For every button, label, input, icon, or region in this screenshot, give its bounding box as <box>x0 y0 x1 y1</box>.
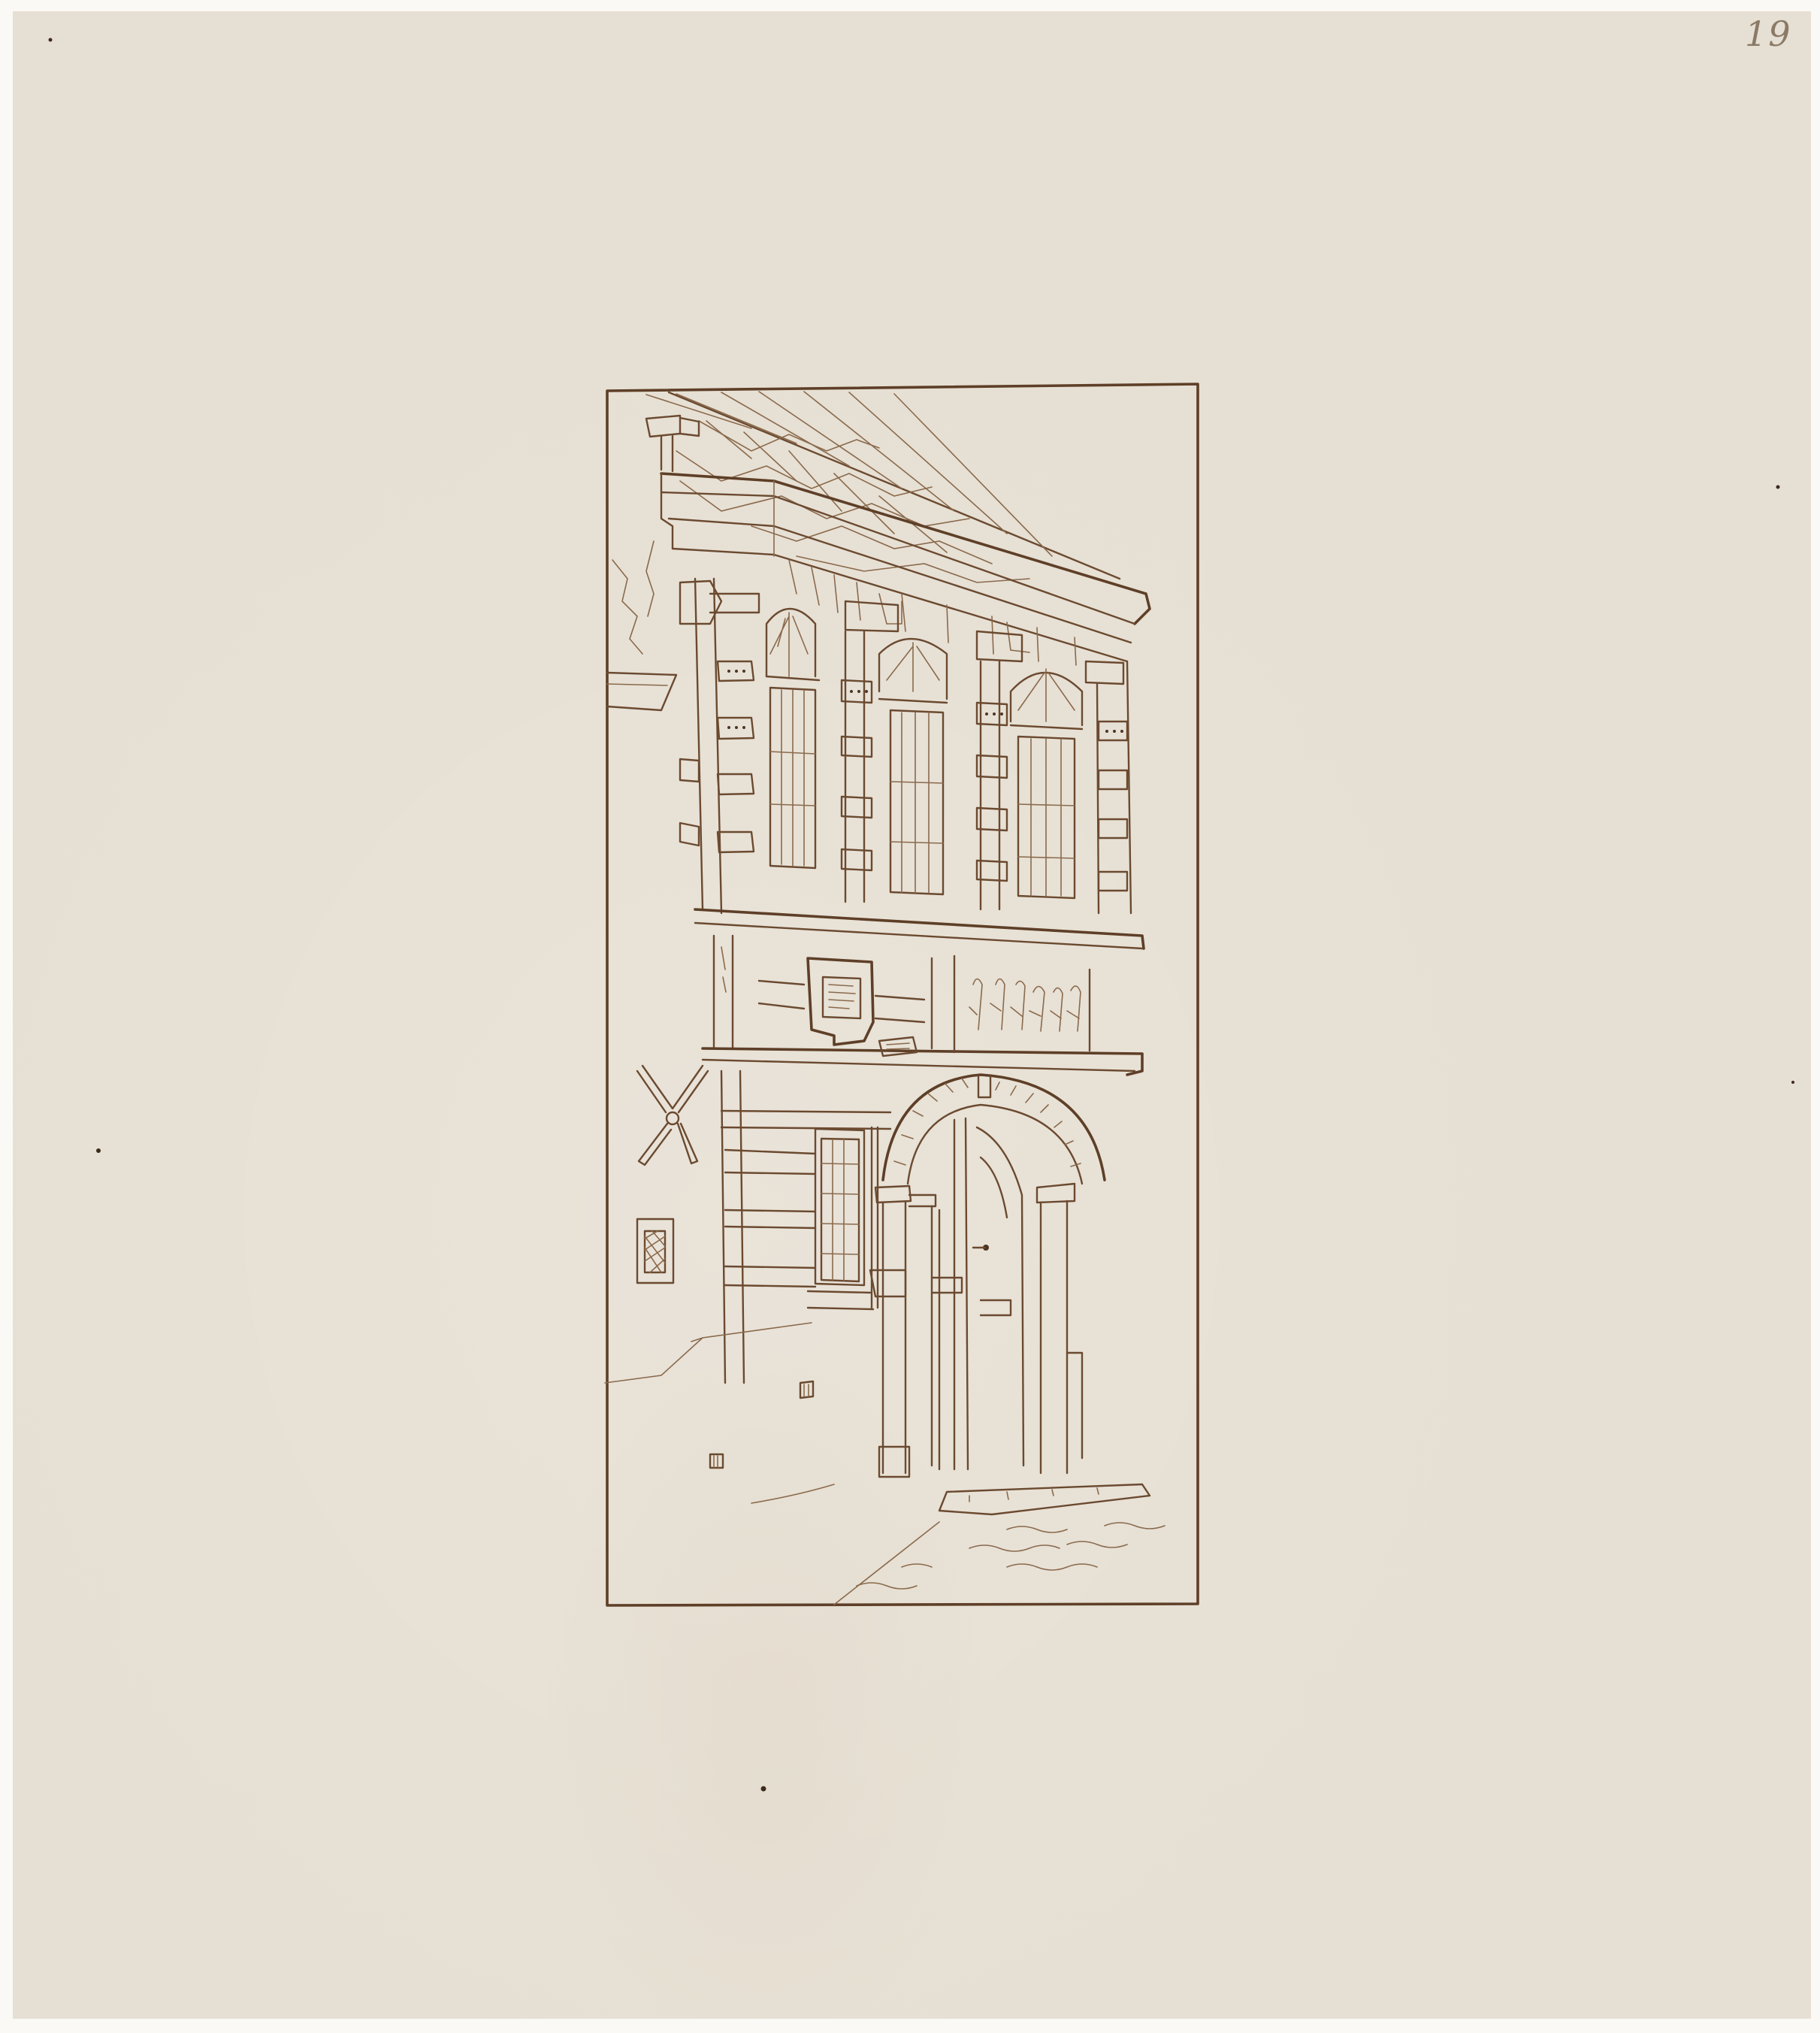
upper-window-2 <box>879 639 947 894</box>
upper-window-3 <box>1011 669 1082 898</box>
paper-specks <box>49 38 1795 1792</box>
arched-doorway <box>870 1075 1150 1514</box>
relief-panel <box>932 956 1090 1052</box>
adjacent-gutter <box>607 673 676 710</box>
lattice-window <box>637 1219 673 1283</box>
tiled-roof <box>646 392 1120 582</box>
street-ground <box>710 1381 1165 1605</box>
shears-sign <box>637 1066 708 1165</box>
ground-floor-window <box>808 1127 878 1309</box>
cornice <box>661 473 1150 665</box>
lower-storey <box>605 1071 890 1383</box>
wall-crack <box>612 541 654 654</box>
gable-ornament <box>646 416 699 471</box>
entablature <box>695 909 1144 1075</box>
building-facade-drawing <box>0 0 1820 2033</box>
upper-window-1 <box>766 609 819 868</box>
inscription-plaque <box>759 958 924 1056</box>
